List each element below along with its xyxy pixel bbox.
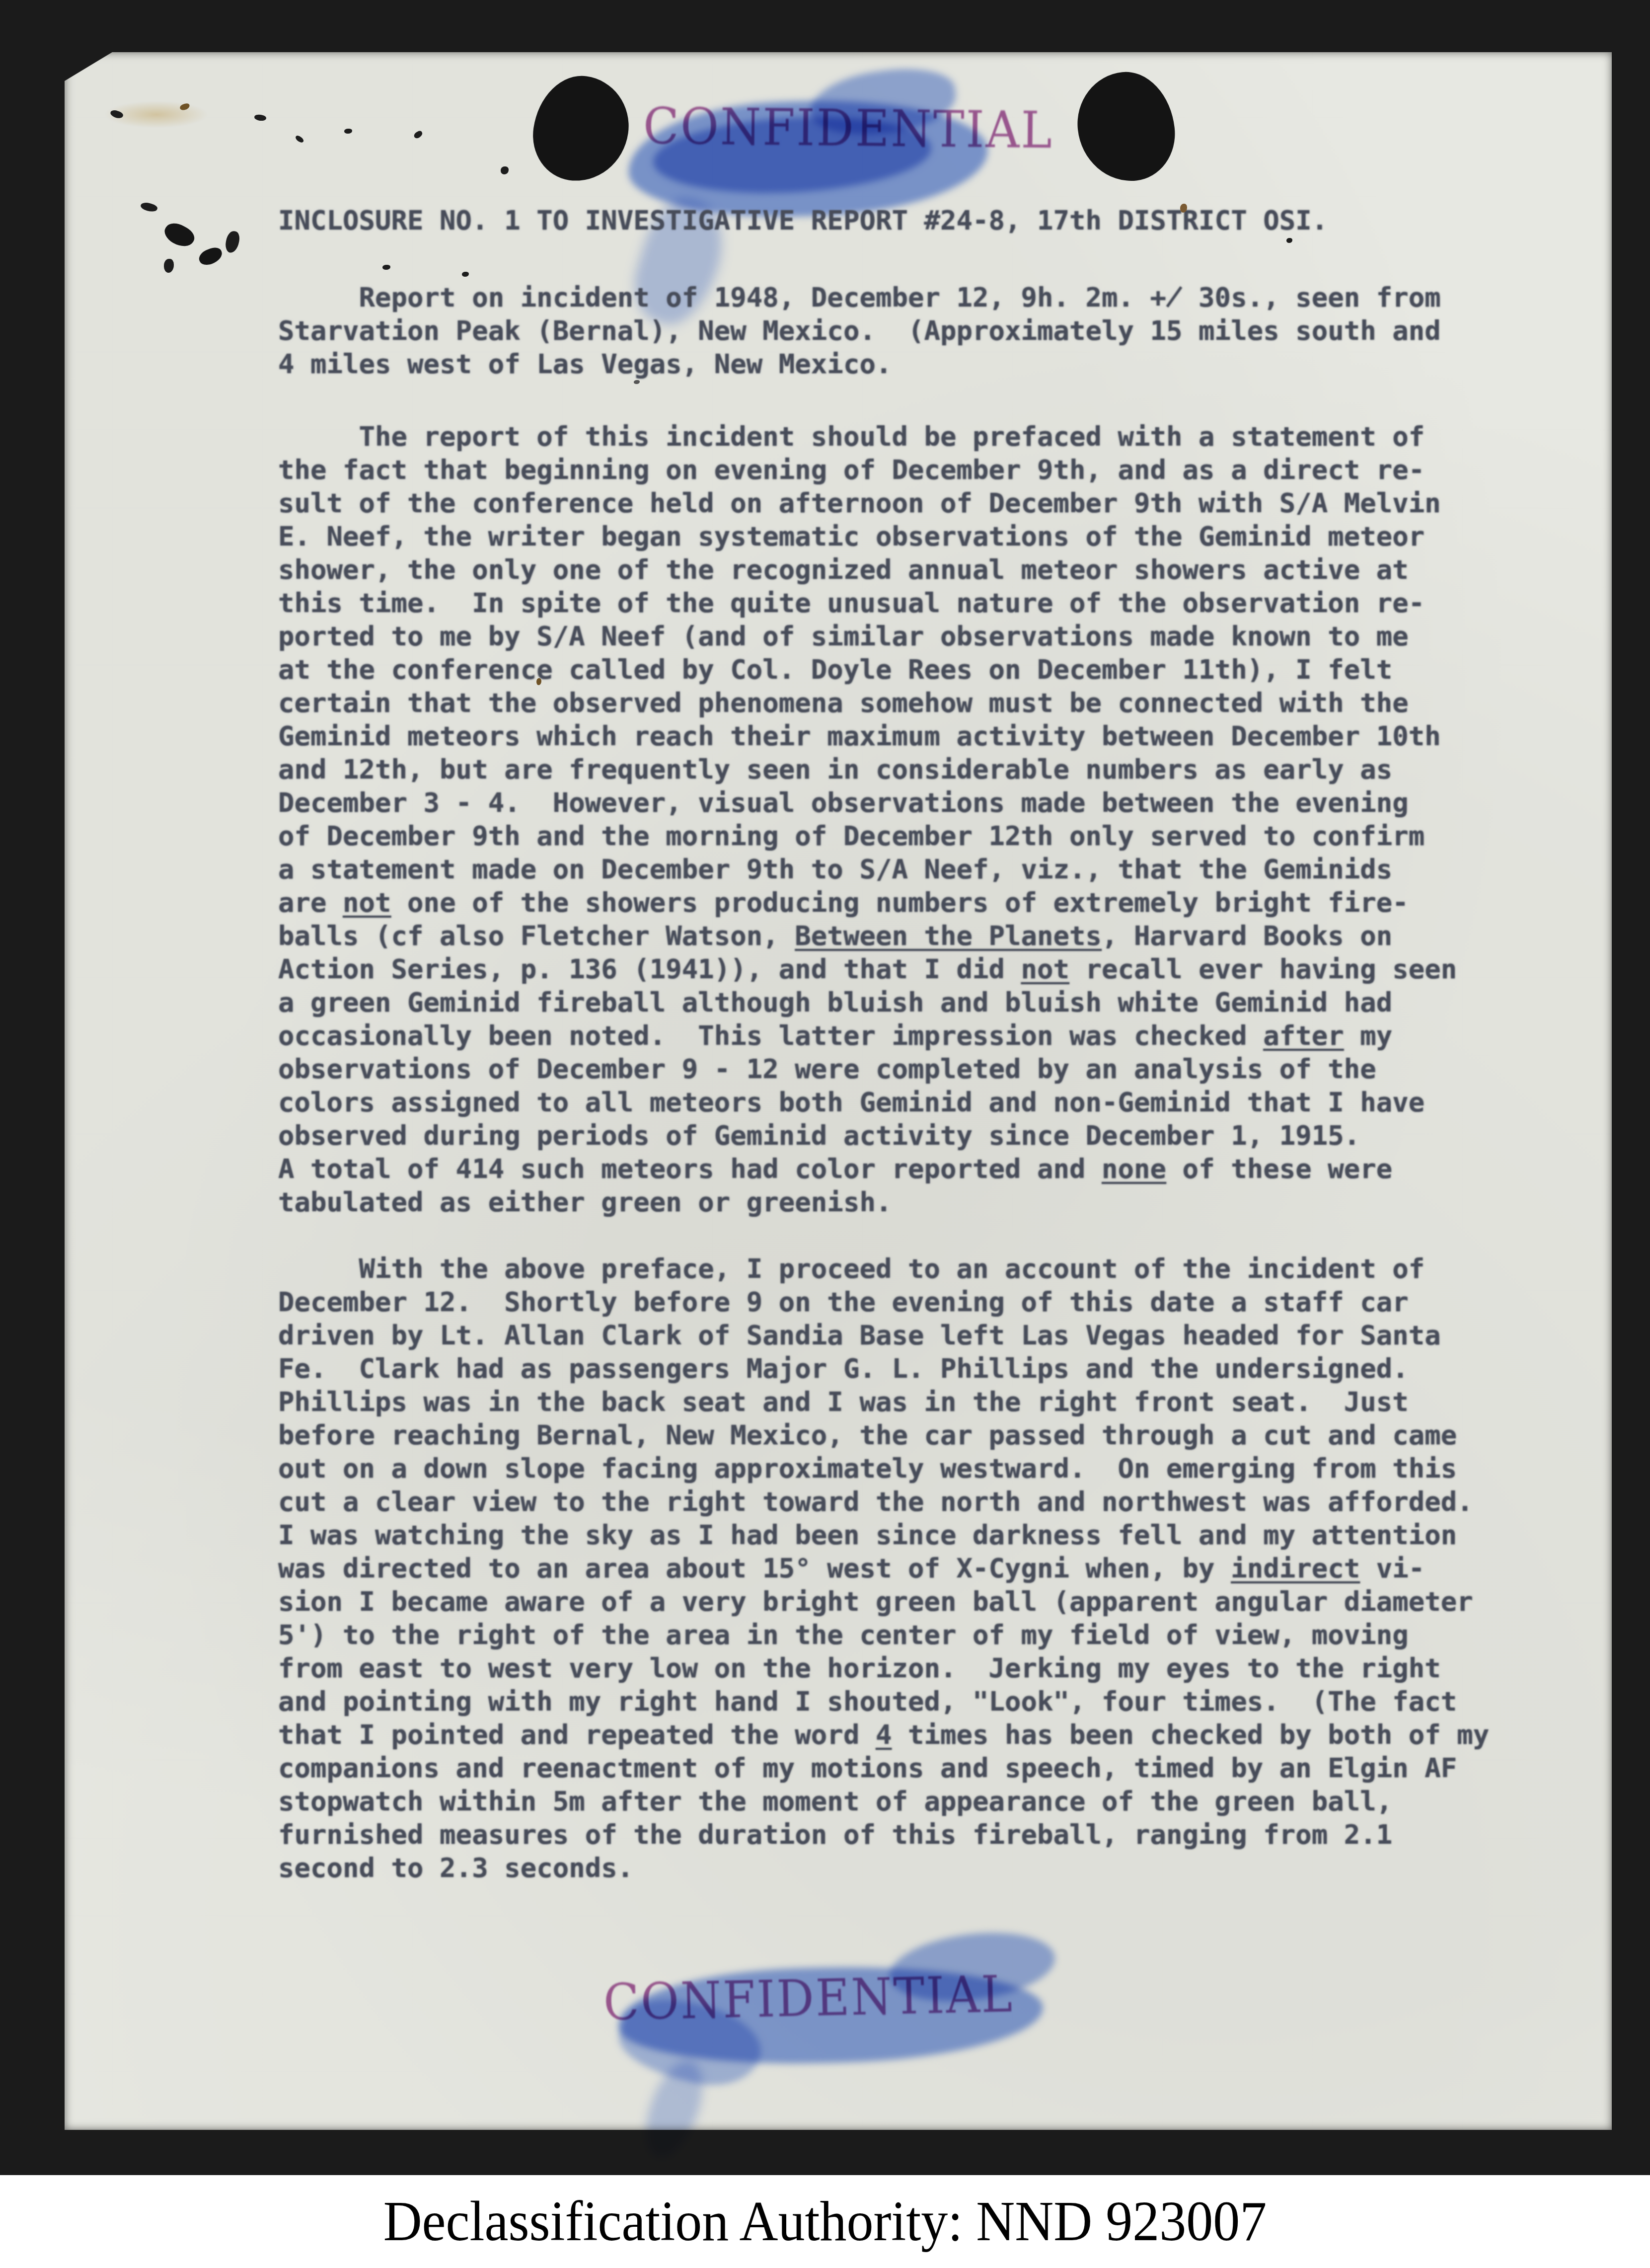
ink-speck	[295, 134, 304, 144]
text-line: colors assigned to all meteors both Gemi…	[278, 1086, 1457, 1119]
paragraph: The report of this incident should be pr…	[278, 420, 1457, 1219]
corner-cut	[65, 52, 112, 81]
text-line: certain that the observed phenomena some…	[278, 686, 1457, 719]
text-line: and pointing with my right hand I shoute…	[278, 1685, 1489, 1718]
text-line: Fe. Clark had as passengers Major G. L. …	[278, 1352, 1489, 1385]
text-line: sult of the conference held on afternoon…	[278, 486, 1457, 520]
paragraph: With the above preface, I proceed to an …	[278, 1252, 1489, 1884]
text-line: furnished measures of the duration of th…	[278, 1818, 1489, 1851]
text-line: a green Geminid fireball although bluish…	[278, 986, 1457, 1019]
text-line: I was watching the sky as I had been sin…	[278, 1518, 1489, 1552]
text-line: at the conference called by Col. Doyle R…	[278, 653, 1457, 686]
text-line: from east to west very low on the horizo…	[278, 1651, 1489, 1685]
text-line: stopwatch within 5m after the moment of …	[278, 1785, 1489, 1818]
text-line: are not one of the showers producing num…	[278, 886, 1457, 919]
ink-speck	[224, 230, 240, 254]
text-line: 4 miles west of Las Vegas, New Mexico.	[278, 347, 1441, 381]
ink-speck	[462, 272, 469, 277]
text-line: the fact that beginning on evening of De…	[278, 453, 1457, 486]
ink-speck	[413, 130, 424, 139]
ink-speck	[382, 265, 390, 270]
footer-strip: Declassification Authority: NND 923007	[0, 2175, 1650, 2268]
text-line: Report on incident of 1948, December 12,…	[278, 281, 1441, 314]
text-line: shower, the only one of the recognized a…	[278, 553, 1457, 586]
text-line: The report of this incident should be pr…	[278, 420, 1457, 453]
ink-speck	[501, 166, 509, 174]
text-line: Geminid meteors which reach their maximu…	[278, 719, 1457, 753]
declassification-note: Declassification Authority: NND 923007	[383, 2189, 1267, 2254]
ink-speck	[634, 380, 640, 384]
hole-punch-left	[527, 70, 635, 187]
paragraph: Report on incident of 1948, December 12,…	[278, 281, 1441, 381]
text-line: observed during periods of Geminid activ…	[278, 1119, 1457, 1152]
text-line: Action Series, p. 136 (1941)), and that …	[278, 952, 1457, 986]
ink-speck	[344, 129, 352, 134]
text-line: balls (cf also Fletcher Watson, Between …	[278, 919, 1457, 952]
ink-speck	[1286, 238, 1292, 243]
text-line: and 12th, but are frequently seen in con…	[278, 753, 1457, 786]
text-line: December 12. Shortly before 9 on the eve…	[278, 1285, 1489, 1319]
text-line: Phillips was in the back seat and I was …	[278, 1385, 1489, 1418]
text-line: observations of December 9 - 12 were com…	[278, 1052, 1457, 1086]
hole-punch-right	[1072, 67, 1180, 186]
text-line: was directed to an area about 15° west o…	[278, 1552, 1489, 1585]
text-line: that I pointed and repeated the word 4 t…	[278, 1718, 1489, 1751]
text-line: A total of 414 such meteors had color re…	[278, 1152, 1457, 1185]
text-line: E. Neef, the writer began systematic obs…	[278, 520, 1457, 553]
text-line: ported to me by S/A Neef (and of similar…	[278, 620, 1457, 653]
ink-speck	[140, 201, 158, 213]
scanned-document-page: CONFIDENTIAL INCLOSURE NO. 1 TO INVESTIG…	[0, 0, 1650, 2268]
ink-speck	[197, 245, 224, 268]
document-title: INCLOSURE NO. 1 TO INVESTIGATIVE REPORT …	[278, 204, 1328, 237]
ink-speck	[164, 259, 174, 273]
text-line: With the above preface, I proceed to an …	[278, 1252, 1489, 1285]
text-line: driven by Lt. Allan Clark of Sandia Base…	[278, 1319, 1489, 1352]
text-line: sion I became aware of a very bright gre…	[278, 1585, 1489, 1618]
text-line: out on a down slope facing approximately…	[278, 1452, 1489, 1485]
text-line: tabulated as either green or greenish.	[278, 1185, 1457, 1219]
text-line: cut a clear view to the right toward the…	[278, 1485, 1489, 1518]
text-line: companions and reenactment of my motions…	[278, 1751, 1489, 1785]
text-line: occasionally been noted. This latter imp…	[278, 1019, 1457, 1052]
text-line: 5') to the right of the area in the cent…	[278, 1618, 1489, 1651]
paper-sheet: CONFIDENTIAL INCLOSURE NO. 1 TO INVESTIG…	[65, 52, 1612, 2130]
text-line: December 3 - 4. However, visual observat…	[278, 786, 1457, 819]
ink-speck	[254, 114, 267, 122]
ink-speck	[161, 219, 198, 251]
text-line: before reaching Bernal, New Mexico, the …	[278, 1418, 1489, 1452]
text-line: Starvation Peak (Bernal), New Mexico. (A…	[278, 314, 1441, 347]
text-line: of December 9th and the morning of Decem…	[278, 819, 1457, 853]
text-line: a statement made on December 9th to S/A …	[278, 853, 1457, 886]
text-line: this time. In spite of the quite unusual…	[278, 586, 1457, 620]
text-line: second to 2.3 seconds.	[278, 1851, 1489, 1884]
